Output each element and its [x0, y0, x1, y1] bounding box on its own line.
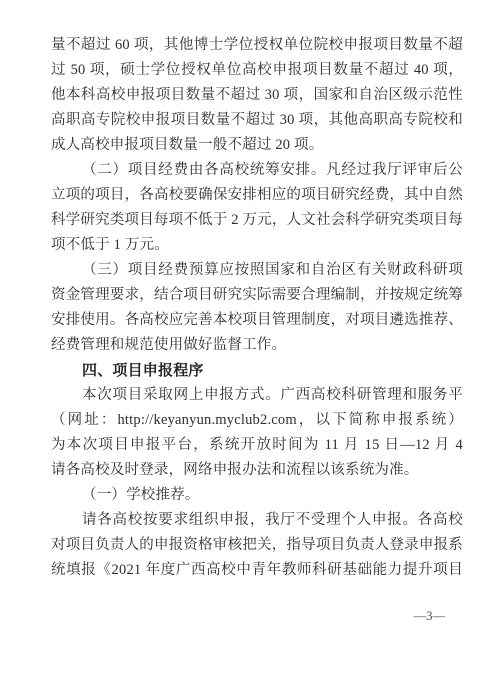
text-line: 成人高校申报项目数量一般不超过 20 项。 [51, 133, 463, 158]
text-line: 量不超过 60 项，其他博士学位授权单位院校申报项目数量不超 [51, 33, 463, 58]
text-line: 资金管理要求，结合项目研究实际需要合理编制，并按规定统筹 [51, 283, 463, 308]
text-line: 请各高校按要求组织申报，我厅不受理个人申报。各高校须 [51, 508, 463, 533]
section-heading: 四、项目申报程序 [51, 358, 463, 383]
document-page: 量不超过 60 项，其他博士学位授权单位院校申报项目数量不超 过 50 项，硕士… [0, 0, 500, 678]
text-line: 立项的项目，各高校要确保安排相应的项目研究经费，其中自然 [51, 183, 463, 208]
text-line: 安排使用。各高校应完善本校项目管理制度，对项目遴选推荐、 [51, 308, 463, 333]
text-line: 对项目负责人的申报资格审核把关，指导项目负责人登录申报系 [51, 533, 463, 558]
text-line: （三）项目经费预算应按照国家和自治区有关财政科研项目 [51, 258, 463, 283]
text-line: 过 50 项，硕士学位授权单位高校申报项目数量不超过 40 项，其 [51, 58, 463, 83]
text-line: 项不低于 1 万元。 [51, 233, 463, 258]
text-line: 本次项目采取网上申报方式。广西高校科研管理和服务平台 [51, 383, 463, 408]
text-line: （二）项目经费由各高校统筹安排。凡经过我厅评审后公布 [51, 158, 463, 183]
text-line: 请各高校及时登录，网络申报办法和流程以该系统为准。 [51, 458, 463, 483]
text-line: （一）学校推荐。 [51, 483, 463, 508]
text-line: 经费管理和规范使用做好监督工作。 [51, 333, 463, 358]
text-line: （网址：http://keyanyun.myclub2.com，以下简称申报系统… [51, 408, 463, 433]
document-body: 量不超过 60 项，其他博士学位授权单位院校申报项目数量不超 过 50 项，硕士… [51, 33, 463, 583]
page-number: —3— [414, 608, 445, 624]
text-line: 统填报《2021 年度广西高校中青年教师科研基础能力提升项目 [51, 558, 463, 583]
text-line: 高职高专院校申报项目数量不超过 30 项，其他高职高专院校和 [51, 108, 463, 133]
text-line: 他本科高校申报项目数量不超过 30 项，国家和自治区级示范性 [51, 83, 463, 108]
text-line: 科学研究类项目每项不低于 2 万元，人文社会科学研究类项目每 [51, 208, 463, 233]
text-line: 为本次项目申报平台，系统开放时间为 11 月 15 日—12 月 4 日。 [51, 433, 463, 458]
